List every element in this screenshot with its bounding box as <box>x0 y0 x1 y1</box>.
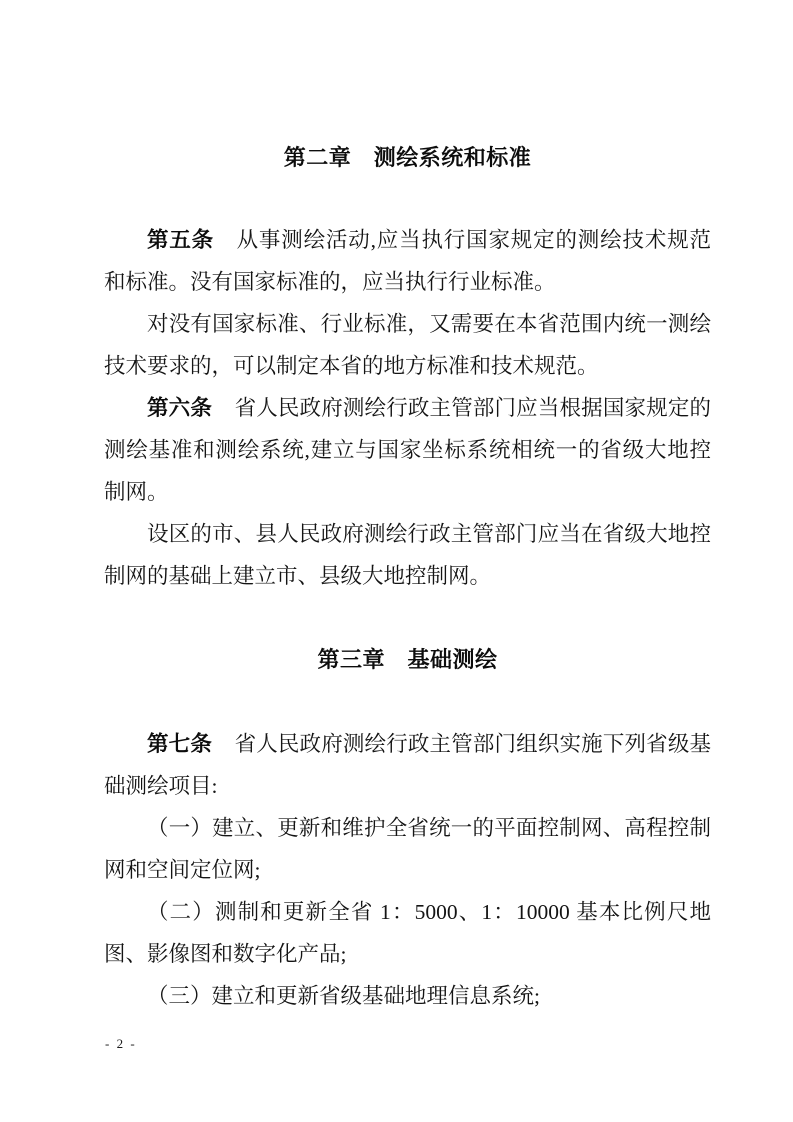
page-number: - 2 - <box>105 1036 137 1052</box>
list-item-3: （三）建立和更新省级基础地理信息系统; <box>104 975 711 1017</box>
article-5-paragraph: 第五条从事测绘活动,应当执行国家规定的测绘技术规范和标准。没有国家标准的，应当执… <box>104 219 711 303</box>
article-6-label: 第六条 <box>147 396 212 420</box>
article-5-label: 第五条 <box>147 228 214 252</box>
article-7-label: 第七条 <box>147 732 212 756</box>
document-page: 第二章 测绘系统和标准 第五条从事测绘活动,应当执行国家规定的测绘技术规范和标准… <box>0 0 793 1122</box>
paragraph-city-county-network: 设区的市、县人民政府测绘行政主管部门应当在省级大地控制网的基础上建立市、县级大地… <box>104 513 711 597</box>
list-item-1: （一）建立、更新和维护全省统一的平面控制网、高程控制网和空间定位网; <box>104 807 711 891</box>
article-6-paragraph: 第六条省人民政府测绘行政主管部门应当根据国家规定的测绘基准和测绘系统,建立与国家… <box>104 387 711 513</box>
article-7-paragraph: 第七条省人民政府测绘行政主管部门组织实施下列省级基础测绘项目: <box>104 723 711 807</box>
paragraph-local-standards: 对没有国家标准、行业标准，又需要在本省范围内统一测绘技术要求的，可以制定本省的地… <box>104 303 711 387</box>
chapter-2-heading: 第二章 测绘系统和标准 <box>104 137 711 179</box>
chapter-3-heading: 第三章 基础测绘 <box>104 639 711 681</box>
list-item-2: （二）测制和更新全省 1：5000、1：10000 基本比例尺地图、影像图和数字… <box>104 891 711 975</box>
